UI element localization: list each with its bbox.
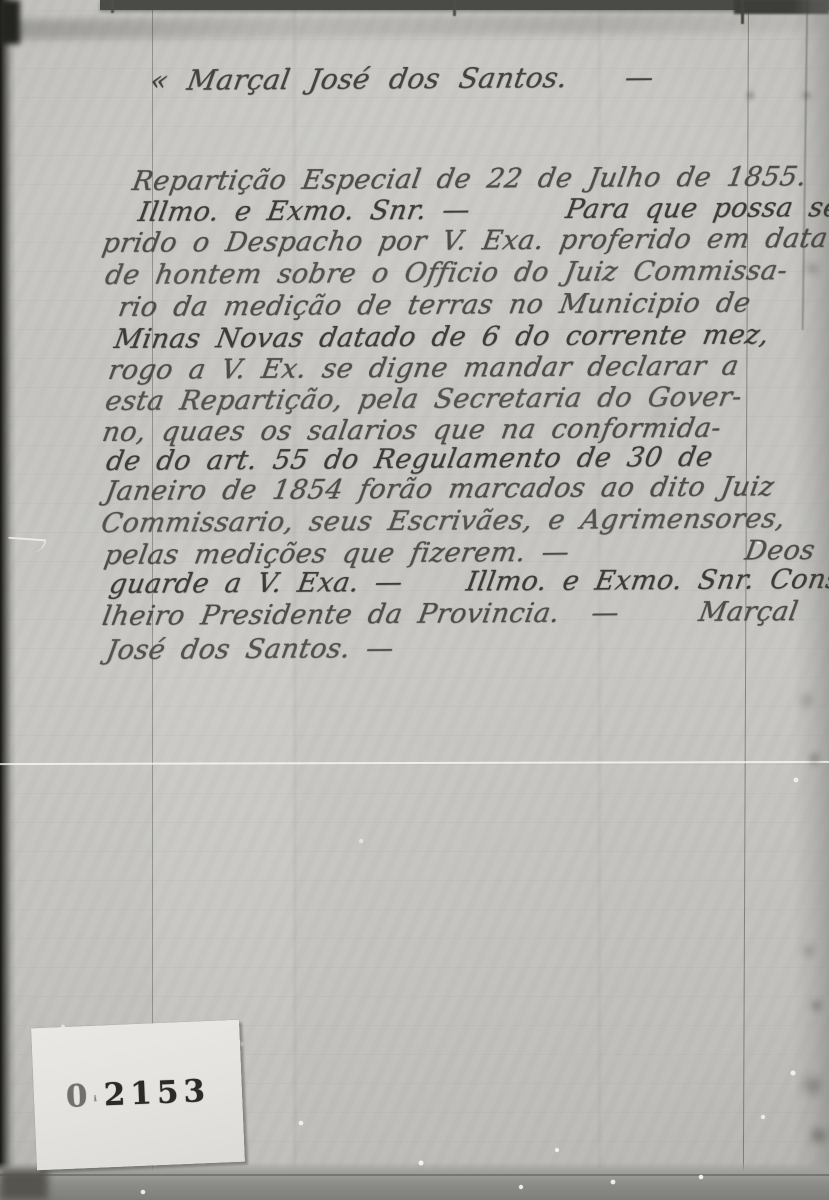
bottom-corner-blot (0, 1170, 48, 1200)
catalog-label: 02153 (31, 1020, 245, 1171)
manuscript-line: Commissario, seus Escrivães, e Agrimenso… (99, 504, 788, 539)
top-edge-shadow (100, 0, 829, 10)
manuscript-line: rio da medição de terras no Municipio de (116, 289, 753, 323)
scratch-mark (8, 537, 47, 554)
manuscript-line: guarde a V. Exa. — Illmo. e Exmo. Snr. C… (107, 565, 829, 600)
manuscript-line: Janeiro de 1854 forão marcados ao dito J… (103, 472, 776, 507)
manuscript-line: Minas Novas datado de 6 do corrente mez, (112, 320, 771, 355)
manuscript-heading: « Marçal José dos Santos. — (148, 62, 656, 96)
manuscript-line: prido o Despacho por V. Exa. proferido e… (100, 224, 829, 259)
catalog-number-digits: 2153 (103, 1073, 211, 1113)
bottom-edge-shadow (0, 1162, 829, 1200)
left-edge-shadow (0, 0, 16, 1200)
scanned-manuscript-page: « Marçal José dos Santos. — Repartição E… (0, 0, 829, 1200)
ink-smudges (0, 0, 1, 1)
manuscript-line: rogo a V. Ex. se digne mandar declarar a (106, 352, 741, 386)
scratch-line (0, 761, 829, 765)
manuscript-line: esta Repartição, pela Secretaria do Gove… (103, 383, 744, 417)
fold-shadow (0, 12, 829, 39)
manuscript-line: José dos Santos. — (104, 634, 396, 666)
manuscript-line: lheiro Presidente da Provincia. — Marçal (100, 597, 800, 632)
bottom-edge-line (0, 1174, 829, 1176)
top-edge-mark (111, 0, 114, 13)
catalog-number-prefix: 0 (65, 1078, 102, 1115)
manuscript-line: de hontem sobre o Officio do Juiz Commis… (103, 256, 790, 291)
catalog-number: 02153 (33, 1072, 242, 1117)
manuscript-line: Repartição Especial de 22 de Julho de 18… (130, 162, 809, 197)
left-corner-blot (0, 0, 20, 44)
top-edge-mark (453, 0, 456, 16)
manuscript-line: Illmo. e Exmo. Snr. — Para que possa ser… (136, 192, 829, 228)
